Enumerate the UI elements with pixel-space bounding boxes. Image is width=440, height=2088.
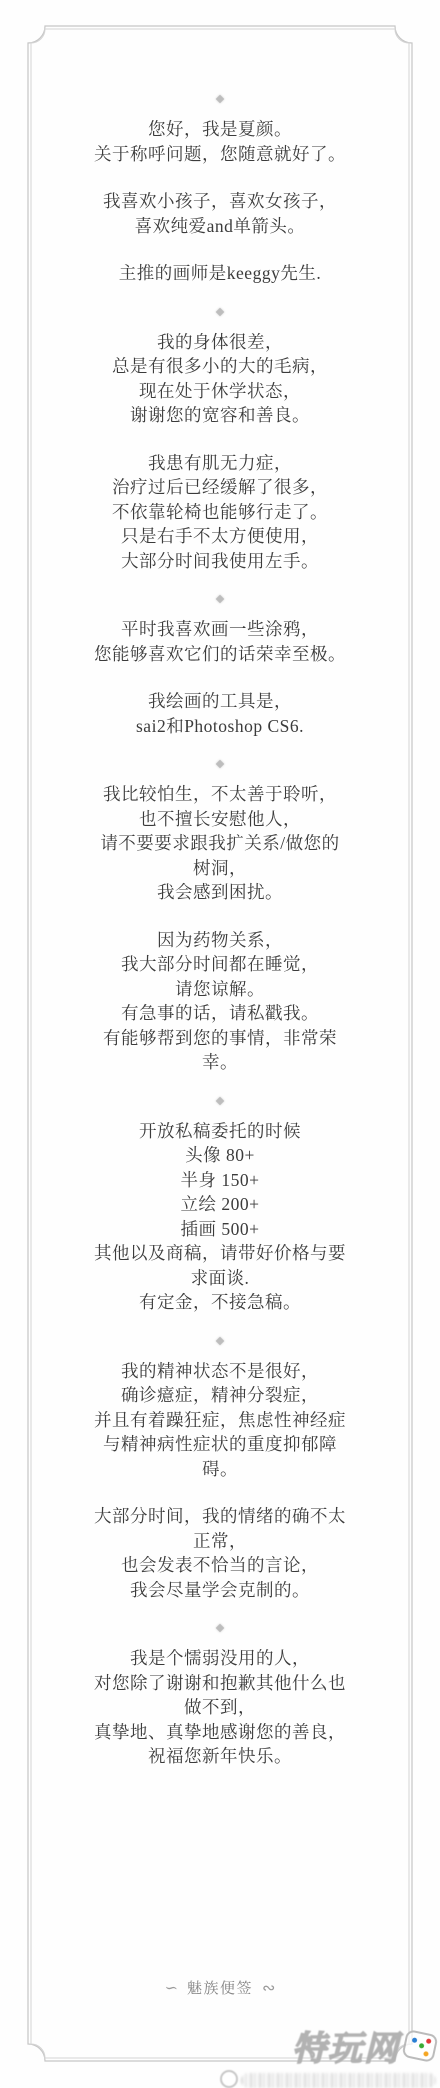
diamond-separator-icon xyxy=(215,1625,225,1635)
note-line: 与精神病性症状的重度抑郁障 xyxy=(50,1432,390,1457)
note-footer: ∽魅族便签∾ xyxy=(0,1977,440,1998)
footer-app-label: 魅族便签 xyxy=(187,1981,253,1997)
note-line: 其他以及商稿，请带好价格与要 xyxy=(50,1241,390,1266)
note-line: 我的精神状态不是很好， xyxy=(50,1359,390,1384)
note-paragraph: 平时我喜欢画一些涂鸦，您能够喜欢它们的话荣幸至极。 xyxy=(50,617,390,666)
note-paragraph: 大部分时间，我的情绪的确不太正常，也会发表不恰当的言论，我会尽量学会克制的。 xyxy=(50,1504,390,1602)
note-paragraph: 您好，我是夏颜。关于称呼问题，您随意就好了。 xyxy=(50,117,390,166)
note-line: 头像 80+ xyxy=(50,1143,390,1168)
note-line: 树洞， xyxy=(50,856,390,881)
note-line: 也会发表不恰当的言论， xyxy=(50,1553,390,1578)
note-line: 我比较怕生，不太善于聆听， xyxy=(50,782,390,807)
note-paragraph: 我患有肌无力症，治疗过后已经缓解了很多，不依靠轮椅也能够行走了。只是右手不太方便… xyxy=(50,451,390,574)
note-line: 立绘 200+ xyxy=(50,1192,390,1217)
note-line: 我的身体很差， xyxy=(50,330,390,355)
note-line: 现在处于休学状态， xyxy=(50,379,390,404)
note-line: sai2和Photoshop CS6. xyxy=(50,714,390,739)
note-line: 主推的画师是keeggy先生. xyxy=(50,261,390,286)
diamond-separator-icon xyxy=(215,761,225,771)
diamond-separator-icon xyxy=(215,1338,225,1348)
note-line: 不依靠轮椅也能够行走了。 xyxy=(50,500,390,525)
note-line: 请不要要求跟我扩关系/做您的 xyxy=(50,831,390,856)
note-line: 确诊癔症，精神分裂症， xyxy=(50,1383,390,1408)
note-line: 治疗过后已经缓解了很多， xyxy=(50,475,390,500)
footer-right-swirl-icon: ∾ xyxy=(262,1980,275,1997)
watermark-swirl-icon xyxy=(220,2070,238,2088)
note-line: 请您谅解。 xyxy=(50,977,390,1002)
note-line: 喜欢纯爱and单箭头。 xyxy=(50,214,390,239)
note-line: 谢谢您的宽容和善良。 xyxy=(50,403,390,428)
note-line: 开放私稿委托的时候 xyxy=(50,1119,390,1144)
note-line: 并且有着躁狂症，焦虑性神经症 xyxy=(50,1408,390,1433)
note-line: 您好，我是夏颜。 xyxy=(50,117,390,142)
note-line: 对您除了谢谢和抱歉其他什么也 xyxy=(50,1671,390,1696)
note-paragraph: 我喜欢小孩子，喜欢女孩子，喜欢纯爱and单箭头。 xyxy=(50,189,390,238)
note-line: 关于称呼问题，您随意就好了。 xyxy=(50,142,390,167)
diamond-separator-icon xyxy=(215,309,225,319)
note-line: 幸。 xyxy=(50,1050,390,1075)
note-line: 做不到， xyxy=(50,1695,390,1720)
diamond-separator-icon xyxy=(215,1098,225,1108)
note-line: 我绘画的工具是， xyxy=(50,689,390,714)
note-line: 您能够喜欢它们的话荣幸至极。 xyxy=(50,642,390,667)
note-line: 总是有很多小的大的毛病， xyxy=(50,354,390,379)
note-line: 真挚地、真挚地感谢您的善良， xyxy=(50,1720,390,1745)
note-line: 平时我喜欢画一些涂鸦， xyxy=(50,617,390,642)
watermark-tagline-blur xyxy=(241,2073,436,2088)
note-line: 我大部分时间都在睡觉， xyxy=(50,952,390,977)
note-line: 半身 150+ xyxy=(50,1168,390,1193)
note-line: 有急事的话，请私戳我。 xyxy=(50,1001,390,1026)
note-line: 有能够帮到您的事情，非常荣 xyxy=(50,1026,390,1051)
diamond-separator-icon xyxy=(215,96,225,106)
note-paragraph: 开放私稿委托的时候头像 80+半身 150+立绘 200+插画 500+其他以及… xyxy=(50,1119,390,1315)
meizu-note-page: 您好，我是夏颜。关于称呼问题，您随意就好了。我喜欢小孩子，喜欢女孩子，喜欢纯爱a… xyxy=(0,0,440,2088)
note-line: 祝福您新年快乐。 xyxy=(50,1744,390,1769)
note-paragraph: 我的精神状态不是很好，确诊癔症，精神分裂症，并且有着躁狂症，焦虑性神经症与精神病… xyxy=(50,1359,390,1482)
note-line: 大部分时间我使用左手。 xyxy=(50,549,390,574)
note-line: 我患有肌无力症， xyxy=(50,451,390,476)
footer-left-swirl-icon: ∽ xyxy=(165,1980,178,1997)
note-line: 有定金，不接急稿。 xyxy=(50,1290,390,1315)
note-paragraph: 主推的画师是keeggy先生. xyxy=(50,261,390,286)
note-line: 求面谈. xyxy=(50,1266,390,1291)
note-line: 碍。 xyxy=(50,1457,390,1482)
note-line: 也不擅长安慰他人， xyxy=(50,807,390,832)
note-line: 我喜欢小孩子，喜欢女孩子， xyxy=(50,189,390,214)
diamond-separator-icon xyxy=(215,596,225,606)
note-paragraph: 我的身体很差，总是有很多小的大的毛病，现在处于休学状态，谢谢您的宽容和善良。 xyxy=(50,330,390,428)
note-paragraph: 因为药物关系，我大部分时间都在睡觉，请您谅解。有急事的话，请私戳我。有能够帮到您… xyxy=(50,928,390,1075)
note-paragraph: 我是个懦弱没用的人，对您除了谢谢和抱歉其他什么也做不到，真挚地、真挚地感谢您的善… xyxy=(50,1646,390,1769)
note-paragraph: 我绘画的工具是，sai2和Photoshop CS6. xyxy=(50,689,390,738)
note-line: 正常， xyxy=(50,1529,390,1554)
note-line: 我是个懦弱没用的人， xyxy=(50,1646,390,1671)
note-body: 您好，我是夏颜。关于称呼问题，您随意就好了。我喜欢小孩子，喜欢女孩子，喜欢纯爱a… xyxy=(50,88,390,1792)
note-line: 我会感到困扰。 xyxy=(50,880,390,905)
note-line: 我会尽量学会克制的。 xyxy=(50,1578,390,1603)
note-line: 只是右手不太方便使用， xyxy=(50,524,390,549)
note-paragraph: 我比较怕生，不太善于聆听，也不擅长安慰他人，请不要要求跟我扩关系/做您的树洞，我… xyxy=(50,782,390,905)
note-line: 大部分时间，我的情绪的确不太 xyxy=(50,1504,390,1529)
note-line: 因为药物关系， xyxy=(50,928,390,953)
note-line: 插画 500+ xyxy=(50,1217,390,1242)
